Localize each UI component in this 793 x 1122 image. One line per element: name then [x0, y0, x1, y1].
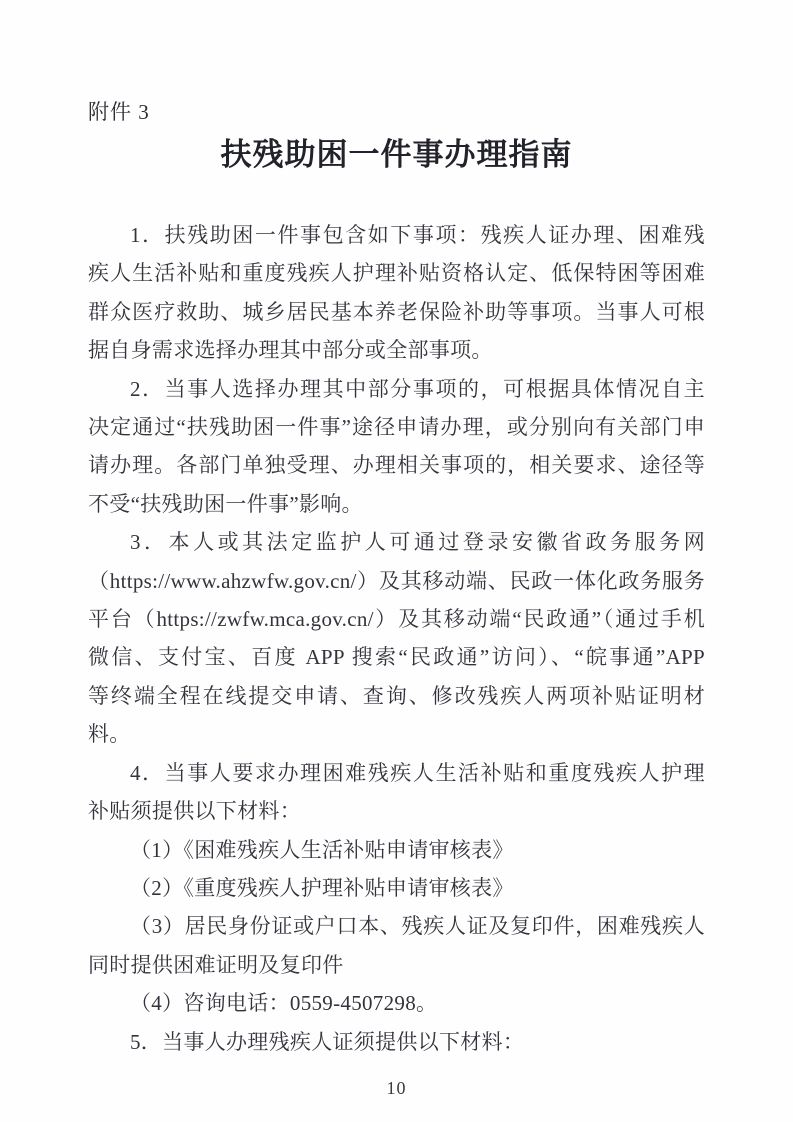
text-line: （2）《重度残疾人护理补贴申请审核表》 — [88, 869, 705, 907]
text-line: 疾人生活补贴和重度残疾人护理补贴资格认定、低保特困等困难 — [88, 254, 705, 292]
document-content: 附件 3 扶残助困一件事办理指南 1．扶残助困一件事包含如下事项：残疾人证办理、… — [0, 0, 793, 1101]
text-line: （https://www.ahzwfw.gov.cn/）及其移动端、民政一体化政… — [88, 562, 705, 600]
page-number: 10 — [88, 1075, 705, 1101]
paragraph: （4）咨询电话：0559-4507298。 — [88, 984, 705, 1022]
attachment-label: 附件 3 — [88, 96, 705, 128]
text-line: 请办理。各部门单独受理、办理相关事项的，相关要求、途径等 — [88, 446, 705, 484]
paragraph: （2）《重度残疾人护理补贴申请审核表》 — [88, 869, 705, 907]
paragraph: 1．扶残助困一件事包含如下事项：残疾人证办理、困难残疾人生活补贴和重度残疾人护理… — [88, 216, 705, 370]
text-line: 不受“扶残助困一件事”影响。 — [88, 485, 705, 523]
text-line: 2．当事人选择办理其中部分事项的，可根据具体情况自主 — [88, 370, 705, 408]
text-line: （4）咨询电话：0559-4507298。 — [88, 984, 705, 1022]
paragraph: 4．当事人要求办理困难残疾人生活补贴和重度残疾人护理补贴须提供以下材料： — [88, 754, 705, 831]
text-line: 决定通过“扶残助困一件事”途径申请办理，或分别向有关部门申 — [88, 408, 705, 446]
text-line: 群众医疗救助、城乡居民基本养老保险补助等事项。当事人可根 — [88, 293, 705, 331]
text-line: 补贴须提供以下材料： — [88, 792, 705, 830]
text-line: （1）《困难残疾人生活补贴申请审核表》 — [88, 831, 705, 869]
text-line: 平台（https://zwfw.mca.gov.cn/）及其移动端“民政通”（通… — [88, 600, 705, 638]
document-body: 1．扶残助困一件事包含如下事项：残疾人证办理、困难残疾人生活补贴和重度残疾人护理… — [88, 216, 705, 1061]
text-line: 等终端全程在线提交申请、查询、修改残疾人两项补贴证明材料。 — [88, 677, 705, 754]
text-line: 3．本人或其法定监护人可通过登录安徽省政务服务网 — [88, 523, 705, 561]
text-line: 同时提供困难证明及复印件 — [88, 946, 705, 984]
text-line: 据自身需求选择办理其中部分或全部事项。 — [88, 331, 705, 369]
paragraph: （3）居民身份证或户口本、残疾人证及复印件，困难残疾人同时提供困难证明及复印件 — [88, 907, 705, 984]
paragraph: 5．当事人办理残疾人证须提供以下材料： — [88, 1023, 705, 1061]
document-title: 扶残助困一件事办理指南 — [88, 134, 705, 176]
paragraph: （1）《困难残疾人生活补贴申请审核表》 — [88, 831, 705, 869]
text-line: 微信、支付宝、百度 APP 搜索“民政通”访问）、“皖事通”APP — [88, 638, 705, 676]
text-line: 4．当事人要求办理困难残疾人生活补贴和重度残疾人护理 — [88, 754, 705, 792]
text-line: （3）居民身份证或户口本、残疾人证及复印件，困难残疾人 — [88, 907, 705, 945]
document-page: 附件 3 扶残助困一件事办理指南 1．扶残助困一件事包含如下事项：残疾人证办理、… — [0, 0, 793, 1122]
paragraph: 2．当事人选择办理其中部分事项的，可根据具体情况自主决定通过“扶残助困一件事”途… — [88, 370, 705, 524]
paragraph: 3．本人或其法定监护人可通过登录安徽省政务服务网（https://www.ahz… — [88, 523, 705, 753]
text-line: 1．扶残助困一件事包含如下事项：残疾人证办理、困难残 — [88, 216, 705, 254]
text-line: 5．当事人办理残疾人证须提供以下材料： — [88, 1023, 705, 1061]
